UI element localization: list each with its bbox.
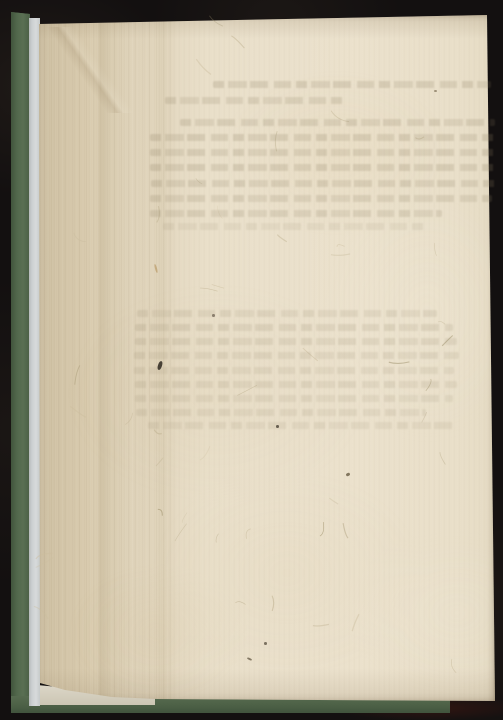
book-page xyxy=(37,13,496,704)
book-scan xyxy=(0,0,503,720)
page-edge-shading xyxy=(37,13,496,704)
page-stack-edge xyxy=(29,18,40,706)
